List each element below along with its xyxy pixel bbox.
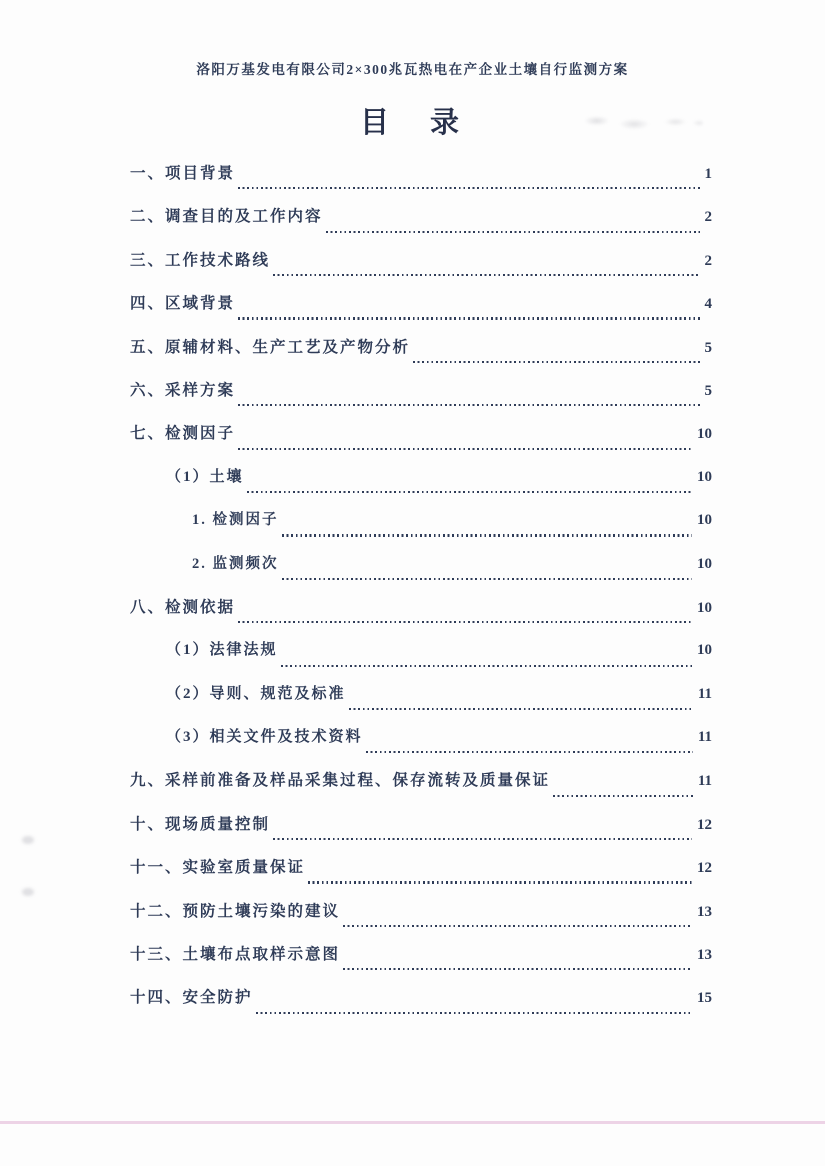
dot-leader <box>282 534 693 536</box>
ink-bleed-smudge <box>578 112 703 134</box>
toc-entry: 1. 检测因子 10 <box>130 508 712 551</box>
toc-entry-label: 九、采样前准备及样品采集过程、保存流转及质量保证 <box>130 768 550 790</box>
toc-entry-label: 十、现场质量控制 <box>130 812 270 834</box>
dot-leader <box>349 708 693 710</box>
dot-leader <box>273 274 699 276</box>
toc-entry-page-number: 11 <box>698 686 712 703</box>
dot-leader <box>238 448 692 450</box>
toc-entry-page-number: 5 <box>705 340 713 357</box>
toc-entry-page-number: 2 <box>705 209 713 226</box>
dot-leader <box>238 621 692 623</box>
toc-entry-label: 七、检测因子 <box>130 421 235 443</box>
toc-entry-label: 十三、土壤布点取样示意图 <box>130 942 340 964</box>
toc-entry: 一、项目背景 1 <box>130 161 712 204</box>
toc-entry: 2. 监测频次 10 <box>130 552 712 595</box>
toc-entry-page-number: 5 <box>705 383 713 400</box>
toc-entry: 十、现场质量控制 12 <box>130 812 712 855</box>
toc-entry: 十一、实验室质量保证 12 <box>130 855 712 898</box>
toc-entry-page-number: 13 <box>697 947 712 964</box>
dot-leader <box>273 838 692 840</box>
dot-leader <box>281 665 692 667</box>
toc-entry: 七、检测因子 10 <box>130 421 712 464</box>
toc-entry: 十三、土壤布点取样示意图 13 <box>130 942 712 985</box>
toc-entry-label: （2）导则、规范及标准 <box>166 682 346 703</box>
toc-list: 一、项目背景 1 二、调查目的及工作内容 2 三、工作技术路线 2 四、区域背景… <box>0 161 825 1029</box>
toc-entry: 二、调查目的及工作内容 2 <box>130 204 712 247</box>
toc-entry-label: （1）法律法规 <box>166 638 278 659</box>
toc-entry-label: 二、调查目的及工作内容 <box>130 204 323 226</box>
dot-leader <box>413 361 699 363</box>
toc-entry-page-number: 4 <box>705 296 713 313</box>
document-header-title: 洛阳万基发电有限公司2×300兆瓦热电在产企业土壤自行监测方案 <box>0 58 825 78</box>
toc-entry-page-number: 11 <box>698 773 712 790</box>
dot-leader <box>238 317 699 319</box>
toc-entry-label: 十一、实验室质量保证 <box>130 855 305 877</box>
document-page: 洛阳万基发电有限公司2×300兆瓦热电在产企业土壤自行监测方案 目 录 一、项目… <box>0 0 825 1166</box>
toc-entry: 十四、安全防护 15 <box>130 985 712 1028</box>
toc-entry-page-number: 10 <box>697 556 712 573</box>
paper-edge-line <box>0 1121 825 1124</box>
toc-entry-label: 1. 检测因子 <box>192 508 279 529</box>
dot-leader <box>553 795 693 797</box>
toc-entry-label: 十二、预防土壤污染的建议 <box>130 899 340 921</box>
scan-artifact-mark <box>22 888 34 896</box>
toc-entry-page-number: 1 <box>705 166 713 183</box>
toc-entry-page-number: 12 <box>697 860 712 877</box>
toc-entry: 六、采样方案 5 <box>130 378 712 421</box>
toc-entry: （1）法律法规 10 <box>130 638 712 681</box>
dot-leader <box>343 925 692 927</box>
toc-entry-page-number: 15 <box>697 990 712 1007</box>
dot-leader <box>326 231 700 233</box>
toc-entry-label: 十四、安全防护 <box>130 985 253 1007</box>
toc-entry: 三、工作技术路线 2 <box>130 248 712 291</box>
dot-leader <box>343 968 692 970</box>
toc-entry-label: 六、采样方案 <box>130 378 235 400</box>
dot-leader <box>282 578 693 580</box>
toc-entry: 九、采样前准备及样品采集过程、保存流转及质量保证 11 <box>130 768 712 811</box>
toc-entry-page-number: 10 <box>697 426 712 443</box>
toc-entry: 四、区域背景 4 <box>130 291 712 334</box>
toc-entry-page-number: 12 <box>697 817 712 834</box>
toc-entry-page-number: 2 <box>705 253 713 270</box>
dot-leader <box>366 751 693 753</box>
toc-entry-page-number: 10 <box>697 512 712 529</box>
dot-leader <box>308 881 692 883</box>
dot-leader <box>256 1012 692 1014</box>
toc-entry: 五、原辅材料、生产工艺及产物分析 5 <box>130 335 712 378</box>
toc-entry: 十二、预防土壤污染的建议 13 <box>130 899 712 942</box>
toc-entry: （2）导则、规范及标准 11 <box>130 682 712 725</box>
toc-entry-page-number: 10 <box>697 469 712 486</box>
toc-entry-label: （1）土壤 <box>166 465 244 486</box>
toc-entry-page-number: 10 <box>697 600 712 617</box>
toc-entry-label: 八、检测依据 <box>130 595 235 617</box>
toc-entry-label: 一、项目背景 <box>130 161 235 183</box>
toc-entry: 八、检测依据 10 <box>130 595 712 638</box>
scan-artifact-mark <box>22 836 34 844</box>
dot-leader <box>247 491 692 493</box>
toc-entry-page-number: 10 <box>697 642 712 659</box>
toc-entry-label: （3）相关文件及技术资料 <box>166 725 363 746</box>
toc-entry-label: 三、工作技术路线 <box>130 248 270 270</box>
dot-leader <box>238 404 699 406</box>
toc-entry-label: 2. 监测频次 <box>192 552 279 573</box>
toc-entry: （3）相关文件及技术资料 11 <box>130 725 712 768</box>
dot-leader <box>238 187 699 189</box>
toc-entry-page-number: 11 <box>698 729 712 746</box>
toc-entry-label: 四、区域背景 <box>130 291 235 313</box>
toc-entry-label: 五、原辅材料、生产工艺及产物分析 <box>130 335 410 357</box>
toc-entry-page-number: 13 <box>697 904 712 921</box>
toc-entry: （1）土壤 10 <box>130 465 712 508</box>
